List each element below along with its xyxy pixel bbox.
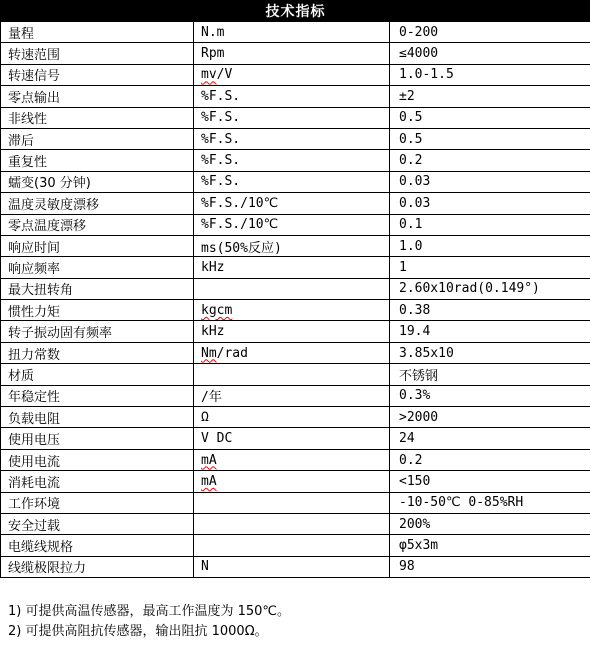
footnotes: 1) 可提供高温传感器，最高工作温度为 150℃。 2) 可提供高阻抗传感器，输… — [8, 602, 590, 642]
spec-row: 零点输出 %F.S. ±2 — [1, 86, 590, 107]
spec-row: 滞后 %F.S. 0.5 — [1, 128, 590, 149]
spec-value-cell: ≤4000 — [390, 43, 590, 64]
spec-value-text: ≤4000 — [399, 46, 438, 61]
spec-value-text: 0.2 — [399, 453, 422, 468]
spec-row: 响应频率 kHz 1 — [1, 257, 590, 278]
spec-name-label: 量程 — [8, 27, 34, 42]
spec-name-label: 最大扭转角 — [8, 283, 73, 298]
spec-unit-cell: mA — [194, 449, 390, 470]
spec-name-label: 响应频率 — [8, 262, 60, 277]
spec-value-cell: 1 — [390, 257, 590, 278]
spec-name-cell: 响应时间 — [1, 235, 194, 256]
spec-unit-cell: Rpm — [194, 43, 390, 64]
spec-name-cell: 量程 — [1, 22, 194, 43]
spec-name-cell: 滞后 — [1, 128, 194, 149]
spec-name-cell: 负载电阻 — [1, 407, 194, 428]
spec-name-cell: 材质 — [1, 364, 194, 385]
spec-unit-text: %F.S. — [201, 174, 240, 189]
spec-name-cell: 惯性力矩 — [1, 300, 194, 321]
spec-unit-flagged-text: mv — [201, 67, 217, 82]
spec-sheet-page: 技术指标 量程 N.m 0-200 转速范围 Rpm ≤4000 转速信号 mv… — [0, 0, 590, 646]
spec-name-cell: 非线性 — [1, 107, 194, 128]
spec-name-label: 零点输出 — [8, 91, 60, 106]
spec-row: 使用电压 V DC 24 — [1, 428, 590, 449]
spec-name-label: 线缆极限拉力 — [8, 561, 86, 576]
spec-value-text: ±2 — [399, 89, 415, 104]
spec-unit-text: %F.S. — [201, 110, 240, 125]
spec-unit-cell: N.m — [194, 22, 390, 43]
spec-value-cell: 1.0-1.5 — [390, 64, 590, 85]
spec-name-cell: 蠕变(30 分钟) — [1, 171, 194, 192]
spec-unit-cell: /年 — [194, 385, 390, 406]
spec-row: 非线性 %F.S. 0.5 — [1, 107, 590, 128]
spec-value-cell: 19.4 — [390, 321, 590, 342]
spec-name-cell: 线缆极限拉力 — [1, 556, 194, 577]
spec-value-cell: >2000 — [390, 407, 590, 428]
spec-value-cell: 0-200 — [390, 22, 590, 43]
spec-unit-text: Rpm — [201, 46, 224, 61]
spec-unit-cell: %F.S./10℃ — [194, 214, 390, 235]
spec-value-cell: 0.5 — [390, 128, 590, 149]
spec-unit-text: Ω — [201, 410, 209, 425]
spec-row: 最大扭转角 2.60x10rad(0.149°) — [1, 278, 590, 299]
spec-name-cell: 消耗电流 — [1, 471, 194, 492]
spec-row: 零点温度漂移 %F.S./10℃ 0.1 — [1, 214, 590, 235]
spec-unit-text: %F.S./10℃ — [201, 196, 278, 211]
spec-row: 工作环境 -10-50℃ 0-85%RH — [1, 492, 590, 513]
spec-row: 消耗电流 mA <150 — [1, 471, 590, 492]
spec-unit-cell: %F.S. — [194, 150, 390, 171]
spec-name-cell: 转速范围 — [1, 43, 194, 64]
spec-name-label: 转速信号 — [8, 69, 60, 84]
spec-row: 响应时间 ms(50%反应) 1.0 — [1, 235, 590, 256]
spec-value-cell: 0.03 — [390, 171, 590, 192]
spec-row: 年稳定性 /年 0.3% — [1, 385, 590, 406]
spec-value-cell: 0.38 — [390, 300, 590, 321]
spec-row: 转速信号 mv/V 1.0-1.5 — [1, 64, 590, 85]
spec-unit-text: ms(50%反应) — [201, 241, 282, 256]
spec-value-cell: 200% — [390, 513, 590, 534]
spec-unit-cell: kHz — [194, 257, 390, 278]
spec-unit-cell — [194, 278, 390, 299]
spec-value-cell: 0.3% — [390, 385, 590, 406]
spec-value-text: 98 — [399, 559, 415, 574]
spec-value-text: φ5x3m — [399, 538, 438, 553]
spec-value-cell: φ5x3m — [390, 535, 590, 556]
spec-unit-cell: V DC — [194, 428, 390, 449]
spec-value-text: <150 — [399, 474, 430, 489]
spec-value-text: 0.5 — [399, 132, 422, 147]
spec-unit-cell: kHz — [194, 321, 390, 342]
spec-unit-flagged-text: mA — [201, 453, 217, 468]
spec-value-cell: 2.60x10rad(0.149°) — [390, 278, 590, 299]
spec-unit-flagged-text: Nm — [201, 346, 217, 361]
spec-unit-cell: mv/V — [194, 64, 390, 85]
spec-name-label: 滞后 — [8, 134, 34, 149]
spec-value-text: 24 — [399, 431, 415, 446]
spec-name-label: 负载电阻 — [8, 412, 60, 427]
spec-row: 转子振动固有频率 kHz 19.4 — [1, 321, 590, 342]
spec-row: 扭力常数 Nm/rad 3.85x10 — [1, 342, 590, 363]
spec-name-cell: 响应频率 — [1, 257, 194, 278]
spec-value-cell: 不锈钢 — [390, 364, 590, 385]
spec-value-cell: -10-50℃ 0-85%RH — [390, 492, 590, 513]
spec-name-label: 温度灵敏度漂移 — [8, 198, 99, 213]
spec-name-cell: 最大扭转角 — [1, 278, 194, 299]
spec-unit-cell: %F.S. — [194, 86, 390, 107]
spec-value-cell: 98 — [390, 556, 590, 577]
spec-name-label: 蠕变(30 分钟) — [8, 176, 91, 191]
spec-unit-cell: kgcm — [194, 300, 390, 321]
spec-value-text: 0.5 — [399, 110, 422, 125]
spec-name-cell: 安全过载 — [1, 513, 194, 534]
spec-value-cell: ±2 — [390, 86, 590, 107]
spec-name-label: 电缆线规格 — [8, 540, 73, 555]
spec-value-text: 0.03 — [399, 174, 430, 189]
spec-unit-text: %F.S. — [201, 153, 240, 168]
spec-name-label: 年稳定性 — [8, 390, 60, 405]
spec-value-text: 2.60x10rad(0.149°) — [399, 281, 540, 296]
spec-row: 转速范围 Rpm ≤4000 — [1, 43, 590, 64]
spec-value-cell: 0.03 — [390, 193, 590, 214]
spec-value-text: 0-200 — [399, 25, 438, 40]
table-header-row: 技术指标 — [1, 1, 590, 22]
spec-name-cell: 电缆线规格 — [1, 535, 194, 556]
spec-name-label: 使用电压 — [8, 433, 60, 448]
spec-value-text: 200% — [399, 517, 430, 532]
spec-value-text: 不锈钢 — [399, 369, 438, 384]
spec-value-text: 1 — [399, 260, 407, 275]
spec-name-label: 零点温度漂移 — [8, 219, 86, 234]
spec-value-cell: 0.5 — [390, 107, 590, 128]
spec-unit-cell: %F.S. — [194, 128, 390, 149]
spec-value-cell: <150 — [390, 471, 590, 492]
spec-unit-text: kHz — [201, 260, 224, 275]
table-title: 技术指标 — [1, 1, 590, 22]
spec-value-text: 0.2 — [399, 153, 422, 168]
spec-unit-text: kHz — [201, 324, 224, 339]
spec-unit-cell — [194, 364, 390, 385]
spec-name-label: 工作环境 — [8, 497, 60, 512]
spec-unit-text: N.m — [201, 25, 224, 40]
spec-unit-text: V DC — [201, 431, 232, 446]
spec-value-text: 0.38 — [399, 303, 430, 318]
spec-name-cell: 使用电压 — [1, 428, 194, 449]
spec-unit-text: /年 — [201, 390, 222, 405]
spec-unit-cell: %F.S. — [194, 171, 390, 192]
spec-value-cell: 0.1 — [390, 214, 590, 235]
spec-name-label: 惯性力矩 — [8, 305, 60, 320]
spec-value-text: -10-50℃ 0-85%RH — [399, 495, 523, 510]
spec-name-cell: 工作环境 — [1, 492, 194, 513]
spec-unit-text: %F.S./10℃ — [201, 217, 278, 232]
spec-row: 温度灵敏度漂移 %F.S./10℃ 0.03 — [1, 193, 590, 214]
spec-row: 线缆极限拉力 N 98 — [1, 556, 590, 577]
spec-value-cell: 0.2 — [390, 449, 590, 470]
spec-unit-text: /V — [217, 67, 233, 82]
spec-name-cell: 重复性 — [1, 150, 194, 171]
spec-name-label: 重复性 — [8, 155, 47, 170]
spec-row: 材质 不锈钢 — [1, 364, 590, 385]
spec-unit-text: %F.S. — [201, 132, 240, 147]
spec-row: 负载电阻 Ω >2000 — [1, 407, 590, 428]
spec-row: 使用电流 mA 0.2 — [1, 449, 590, 470]
spec-name-label: 扭力常数 — [8, 348, 60, 363]
spec-name-label: 非线性 — [8, 112, 47, 127]
footnote-2: 2) 可提供高阻抗传感器，输出阻抗 1000Ω。 — [8, 622, 590, 642]
spec-value-text: 1.0 — [399, 239, 422, 254]
spec-unit-cell — [194, 492, 390, 513]
spec-name-cell: 扭力常数 — [1, 342, 194, 363]
spec-unit-cell: Nm/rad — [194, 342, 390, 363]
spec-name-cell: 零点温度漂移 — [1, 214, 194, 235]
spec-unit-cell: %F.S./10℃ — [194, 193, 390, 214]
spec-row: 蠕变(30 分钟) %F.S. 0.03 — [1, 171, 590, 192]
spec-unit-text: N — [201, 559, 209, 574]
spec-value-text: 19.4 — [399, 324, 430, 339]
spec-unit-cell: %F.S. — [194, 107, 390, 128]
spec-row: 量程 N.m 0-200 — [1, 22, 590, 43]
spec-name-label: 使用电流 — [8, 455, 60, 470]
spec-row: 重复性 %F.S. 0.2 — [1, 150, 590, 171]
spec-name-label: 安全过载 — [8, 519, 60, 534]
spec-unit-text: /rad — [217, 346, 248, 361]
spec-name-label: 材质 — [8, 369, 34, 384]
spec-name-cell: 年稳定性 — [1, 385, 194, 406]
spec-name-cell: 使用电流 — [1, 449, 194, 470]
spec-value-text: 1.0-1.5 — [399, 67, 454, 82]
spec-value-text: 0.3% — [399, 388, 430, 403]
spec-value-text: 0.1 — [399, 217, 422, 232]
spec-name-label: 响应时间 — [8, 241, 60, 256]
spec-unit-cell: Ω — [194, 407, 390, 428]
spec-unit-flagged-text: mA — [201, 474, 217, 489]
spec-value-text: 3.85x10 — [399, 346, 454, 361]
spec-unit-cell — [194, 535, 390, 556]
spec-value-text: 0.03 — [399, 196, 430, 211]
spec-unit-cell — [194, 513, 390, 534]
spec-value-cell: 3.85x10 — [390, 342, 590, 363]
spec-unit-flagged-text: kgcm — [201, 303, 232, 318]
footnote-1: 1) 可提供高温传感器，最高工作温度为 150℃。 — [8, 602, 590, 622]
spec-name-cell: 转子振动固有频率 — [1, 321, 194, 342]
spec-unit-cell: mA — [194, 471, 390, 492]
spec-value-cell: 1.0 — [390, 235, 590, 256]
spec-unit-cell: N — [194, 556, 390, 577]
spec-value-cell: 0.2 — [390, 150, 590, 171]
spec-name-cell: 转速信号 — [1, 64, 194, 85]
spec-name-cell: 温度灵敏度漂移 — [1, 193, 194, 214]
spec-name-cell: 零点输出 — [1, 86, 194, 107]
spec-table: 技术指标 量程 N.m 0-200 转速范围 Rpm ≤4000 转速信号 mv… — [0, 0, 590, 578]
spec-unit-text: %F.S. — [201, 89, 240, 104]
spec-row: 电缆线规格 φ5x3m — [1, 535, 590, 556]
spec-row: 惯性力矩 kgcm 0.38 — [1, 300, 590, 321]
spec-name-label: 消耗电流 — [8, 476, 60, 491]
spec-value-text: >2000 — [399, 410, 438, 425]
spec-unit-cell: ms(50%反应) — [194, 235, 390, 256]
spec-row: 安全过载 200% — [1, 513, 590, 534]
spec-name-label: 转速范围 — [8, 48, 60, 63]
spec-value-cell: 24 — [390, 428, 590, 449]
spec-name-label: 转子振动固有频率 — [8, 326, 112, 341]
